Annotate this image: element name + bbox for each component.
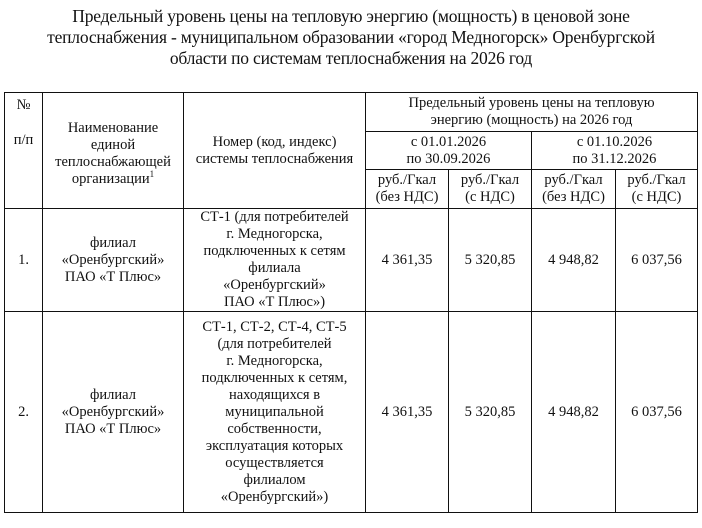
- cell-text: г. Медногорска,: [186, 226, 363, 243]
- header-text: энергию (мощность) на 2026 год: [368, 112, 695, 129]
- header-text: организации: [72, 171, 150, 187]
- cell-text: г. Медногорска,: [186, 353, 363, 370]
- header-price-group: Предельный уровень цены на тепловую энер…: [366, 93, 698, 132]
- footnote-marker: 1: [150, 169, 155, 179]
- header-unit: руб./Гкал (с НДС): [616, 170, 698, 209]
- table-row: 1. филиал «Оренбургский» ПАО «Т Плюс» СТ…: [5, 209, 698, 312]
- cell-text: СТ-1 (для потребителей: [186, 209, 363, 226]
- header-text: Наименование: [45, 120, 181, 137]
- row-system: СТ-1, СТ-2, СТ-4, СТ-5 (для потребителей…: [184, 312, 366, 513]
- header-row: № п/п Наименование единой теплоснабжающе…: [5, 93, 698, 132]
- header-text: с 01.10.2026: [534, 134, 695, 151]
- cell-text: филиал: [45, 235, 181, 252]
- table-row: 2. филиал «Оренбургский» ПАО «Т Плюс» СТ…: [5, 312, 698, 513]
- title-line: Предельный уровень цены на тепловую энер…: [0, 6, 702, 27]
- title-line: теплоснабжения - муниципальном образован…: [0, 27, 702, 48]
- header-text: Предельный уровень цены на тепловую: [368, 95, 695, 112]
- header-number: № п/п: [5, 93, 43, 209]
- number-pp: п/п: [7, 132, 40, 149]
- header-text: с 01.01.2026: [368, 134, 529, 151]
- header-organization: Наименование единой теплоснабжающей орга…: [43, 93, 184, 209]
- header-unit: руб./Гкал (без НДС): [366, 170, 449, 209]
- row-organization: филиал «Оренбургский» ПАО «Т Плюс»: [43, 312, 184, 513]
- cell-text: филиалом: [186, 472, 363, 489]
- price-value: 5 320,85: [449, 209, 532, 312]
- document-title: Предельный уровень цены на тепловую энер…: [0, 6, 702, 69]
- cell-text: осуществляется: [186, 455, 363, 472]
- price-value: 5 320,85: [449, 312, 532, 513]
- cell-text: подключенных к сетям: [186, 243, 363, 260]
- price-value: 4 361,35: [366, 312, 449, 513]
- header-text: единой: [45, 137, 181, 154]
- cell-text: «Оренбургский»: [186, 277, 363, 294]
- header-unit: руб./Гкал (с НДС): [449, 170, 532, 209]
- header-text: руб./Гкал: [368, 172, 446, 189]
- price-value: 6 037,56: [616, 312, 698, 513]
- header-text: руб./Гкал: [451, 172, 529, 189]
- header-unit: руб./Гкал (без НДС): [532, 170, 616, 209]
- header-period-2: с 01.10.2026 по 31.12.2026: [532, 132, 698, 170]
- cell-text: ПАО «Т Плюс»: [45, 421, 181, 438]
- cell-text: ПАО «Т Плюс»: [45, 269, 181, 286]
- row-number: 2.: [5, 312, 43, 513]
- number-sign: №: [7, 97, 40, 114]
- header-period-1: с 01.01.2026 по 30.09.2026: [366, 132, 532, 170]
- price-value: 6 037,56: [616, 209, 698, 312]
- cell-text: филиала: [186, 260, 363, 277]
- header-text: (без НДС): [368, 189, 446, 206]
- header-system: Номер (код, индекс) системы теплоснабжен…: [184, 93, 366, 209]
- price-value: 4 948,82: [532, 209, 616, 312]
- cell-text: муниципальной: [186, 404, 363, 421]
- price-value: 4 361,35: [366, 209, 449, 312]
- cell-text: собственности,: [186, 421, 363, 438]
- header-text: (без НДС): [534, 189, 613, 206]
- header-text: по 31.12.2026: [534, 151, 695, 168]
- header-text: руб./Гкал: [534, 172, 613, 189]
- header-text: системы теплоснабжения: [186, 151, 363, 168]
- header-text: теплоснабжающей: [45, 154, 181, 171]
- price-value: 4 948,82: [532, 312, 616, 513]
- cell-text: подключенных к сетям,: [186, 370, 363, 387]
- header-text: (с НДС): [618, 189, 695, 206]
- row-organization: филиал «Оренбургский» ПАО «Т Плюс»: [43, 209, 184, 312]
- cell-text: «Оренбургский»): [186, 489, 363, 506]
- header-text: Номер (код, индекс): [186, 134, 363, 151]
- title-line: области по системам теплоснабжения на 20…: [0, 48, 702, 69]
- cell-text: (для потребителей: [186, 336, 363, 353]
- cell-text: «Оренбургский»: [45, 252, 181, 269]
- header-text: руб./Гкал: [618, 172, 695, 189]
- header-text: (с НДС): [451, 189, 529, 206]
- cell-text: СТ-1, СТ-2, СТ-4, СТ-5: [186, 319, 363, 336]
- row-number: 1.: [5, 209, 43, 312]
- header-text: по 30.09.2026: [368, 151, 529, 168]
- cell-text: эксплуатация которых: [186, 438, 363, 455]
- cell-text: филиал: [45, 387, 181, 404]
- cell-text: находящихся в: [186, 387, 363, 404]
- row-system: СТ-1 (для потребителей г. Медногорска, п…: [184, 209, 366, 312]
- cell-text: ПАО «Т Плюс»): [186, 294, 363, 311]
- cell-text: «Оренбургский»: [45, 404, 181, 421]
- price-table: № п/п Наименование единой теплоснабжающе…: [4, 92, 698, 513]
